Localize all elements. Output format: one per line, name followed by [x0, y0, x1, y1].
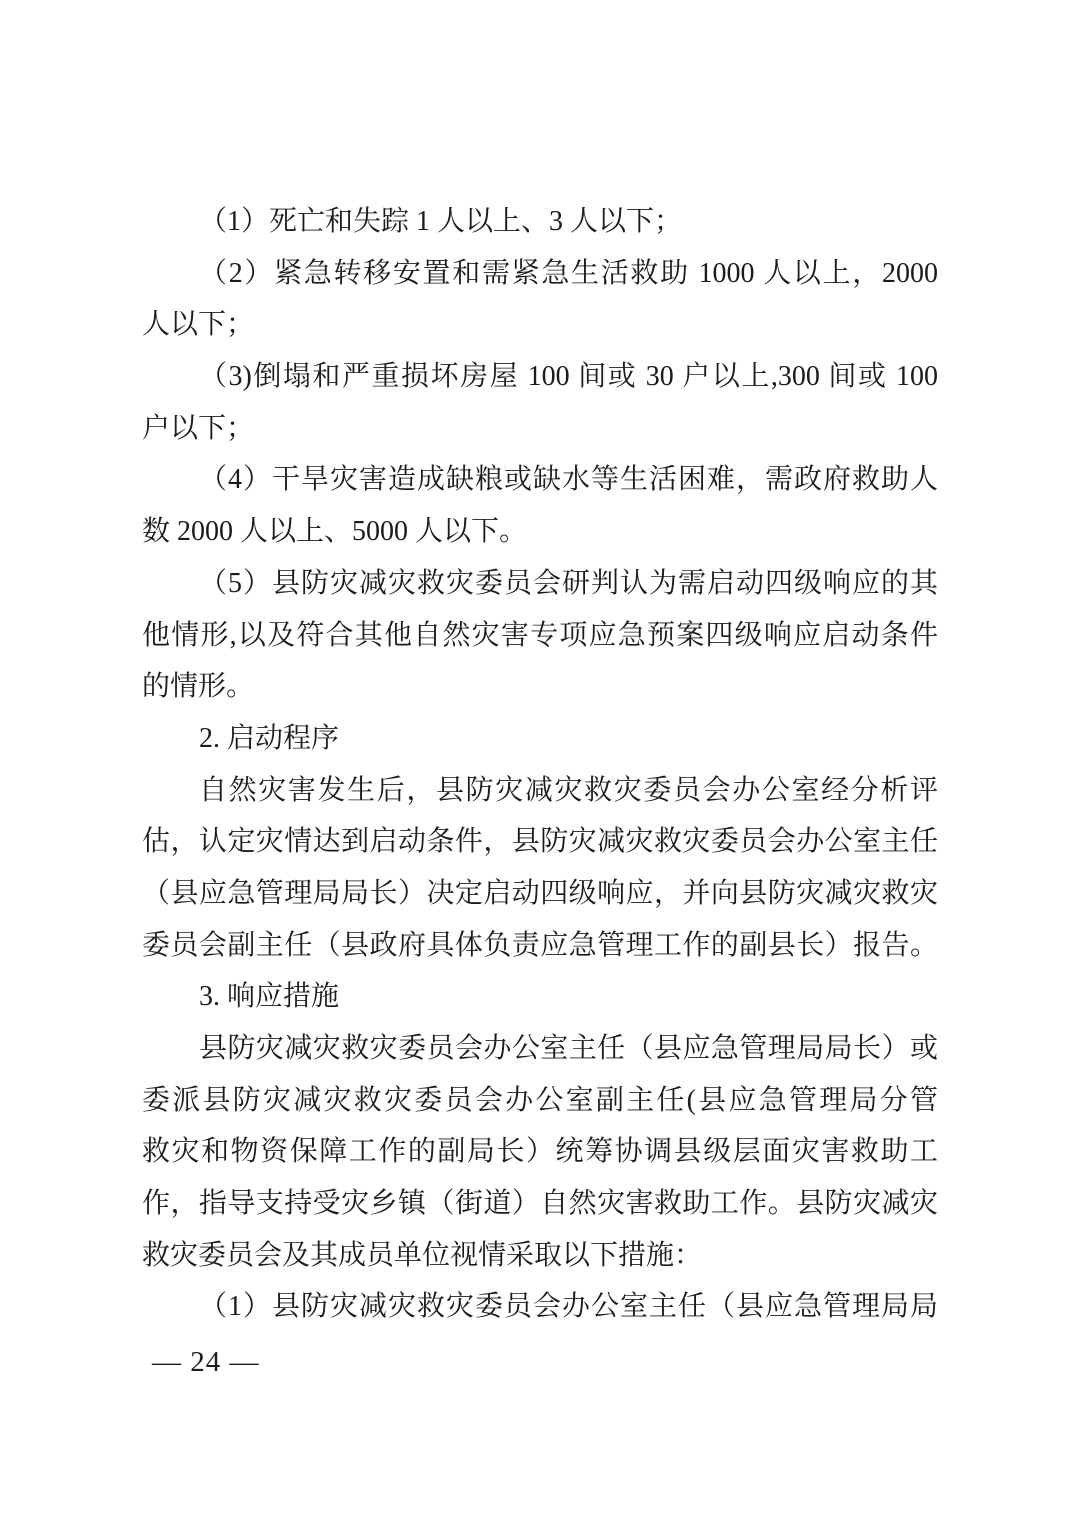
text-line: 数 2000 人以上、5000 人以下。	[142, 506, 938, 558]
text-line: 救灾委员会及其成员单位视情采取以下措施：	[142, 1230, 938, 1282]
text-line: （4）干旱灾害造成缺粮或缺水等生活困难，需政府救助人	[142, 454, 938, 506]
text-line: 自然灾害发生后，县防灾减灾救灾委员会办公室经分析评	[142, 765, 938, 817]
text-line: （1）县防灾减灾救灾委员会办公室主任（县应急管理局局	[142, 1281, 938, 1333]
page-number: — 24 —	[152, 1340, 260, 1384]
text-line: （3)倒塌和严重损坏房屋 100 间或 30 户以上,300 间或 100	[142, 351, 938, 403]
document-page: （1）死亡和失踪 1 人以上、3 人以下； （2）紧急转移安置和需紧急生活救助 …	[0, 0, 1074, 1520]
text-line: 的情形。	[142, 661, 938, 713]
text-line: 他情形,以及符合其他自然灾害专项应急预案四级响应启动条件	[142, 610, 938, 662]
document-body: （1）死亡和失踪 1 人以上、3 人以下； （2）紧急转移安置和需紧急生活救助 …	[142, 196, 938, 1333]
text-line: 作，指导支持受灾乡镇（街道）自然灾害救助工作。县防灾减灾	[142, 1178, 938, 1230]
text-line: 委派县防灾减灾救灾委员会办公室副主任(县应急管理局分管	[142, 1075, 938, 1127]
text-line: （1）死亡和失踪 1 人以上、3 人以下；	[142, 196, 938, 248]
text-line: 估，认定灾情达到启动条件，县防灾减灾救灾委员会办公室主任	[142, 816, 938, 868]
text-line: 县防灾减灾救灾委员会办公室主任（县应急管理局局长）或	[142, 1023, 938, 1075]
section-heading: 3. 响应措施	[142, 971, 938, 1023]
text-line: 救灾和物资保障工作的副局长）统筹协调县级层面灾害救助工	[142, 1126, 938, 1178]
section-heading: 2. 启动程序	[142, 713, 938, 765]
text-line: （县应急管理局局长）决定启动四级响应，并向县防灾减灾救灾	[142, 868, 938, 920]
text-line: （2）紧急转移安置和需紧急生活救助 1000 人以上，2000	[142, 248, 938, 300]
text-line: 户以下；	[142, 403, 938, 455]
text-line: 委员会副主任（县政府具体负责应急管理工作的副县长）报告。	[142, 920, 938, 972]
text-line: （5）县防灾减灾救灾委员会研判认为需启动四级响应的其	[142, 558, 938, 610]
text-line: 人以下；	[142, 299, 938, 351]
